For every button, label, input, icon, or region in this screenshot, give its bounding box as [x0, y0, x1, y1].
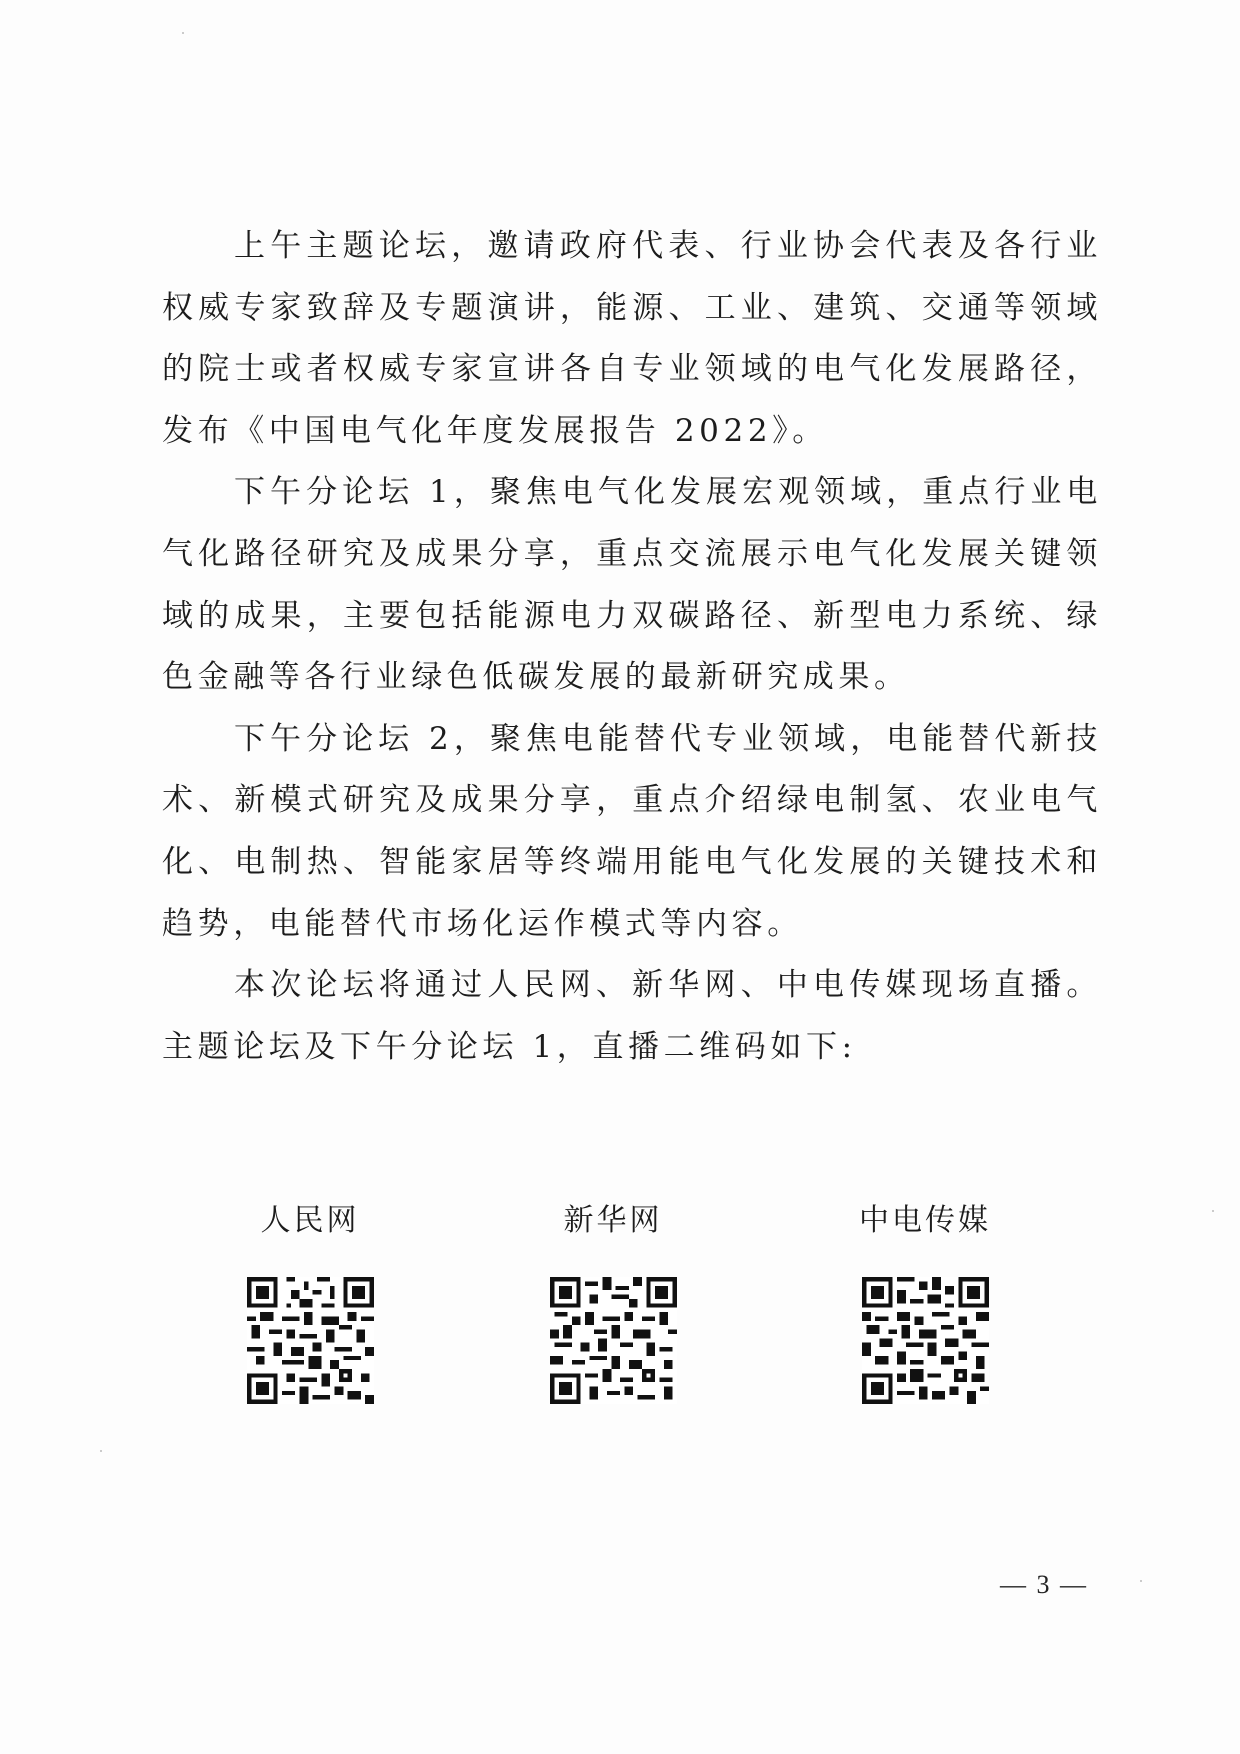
qr-block-xinhua: 新华网	[543, 1196, 683, 1246]
paragraph-afternoon-forum-2: 下午分论坛 2，聚焦电能替代专业领域，电能替代新技术、新模式研究及成果分享，重点…	[162, 709, 1102, 955]
qr-code-icon[interactable]	[247, 1277, 374, 1404]
scan-speck	[182, 32, 184, 34]
paragraph-morning-forum: 上午主题论坛，邀请政府代表、行业协会代表及各行业权威专家致辞及专题演讲，能源、工…	[162, 216, 1102, 462]
body-text: 上午主题论坛，邀请政府代表、行业协会代表及各行业权威专家致辞及专题演讲，能源、工…	[162, 216, 1102, 1078]
qr-code-section: 人民网	[0, 1196, 1240, 1416]
qr-label-xinhua: 新华网	[523, 1196, 703, 1246]
qr-label-cec-media: 中电传媒	[835, 1196, 1015, 1246]
page-number: — 3 —	[1000, 1570, 1088, 1600]
document-page: 上午主题论坛，邀请政府代表、行业协会代表及各行业权威专家致辞及专题演讲，能源、工…	[0, 0, 1240, 1754]
qr-block-cec-media: 中电传媒	[855, 1196, 995, 1246]
scan-speck	[100, 1450, 102, 1452]
paragraph-live-broadcast: 本次论坛将通过人民网、新华网、中电传媒现场直播。主题论坛及下午分论坛 1，直播二…	[162, 955, 1102, 1078]
scan-speck	[1140, 1580, 1142, 1582]
qr-code-icon[interactable]	[862, 1277, 989, 1404]
qr-label-people-daily: 人民网	[220, 1196, 400, 1246]
scan-speck	[1212, 1210, 1214, 1212]
qr-block-people-daily: 人民网	[240, 1196, 380, 1246]
qr-code-icon[interactable]	[550, 1277, 677, 1404]
paragraph-afternoon-forum-1: 下午分论坛 1，聚焦电气化发展宏观领域，重点行业电气化路径研究及成果分享，重点交…	[162, 462, 1102, 708]
